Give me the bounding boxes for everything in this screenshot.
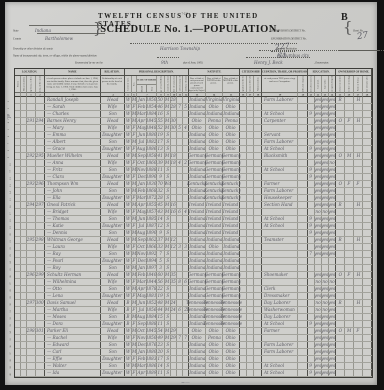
table-row: — AnnaWifeWFOct186039M1842GermanyGermany… <box>15 160 372 167</box>
cell-handwriting: Indiana <box>223 238 239 242</box>
table-row: 297300Davis SamuelHeadBMJun185248M24Tenn… <box>15 300 372 307</box>
cell: 49 <box>157 335 165 341</box>
cell-handwriting: 9 <box>159 231 162 235</box>
cell: Place of birth of FATHER of this person. <box>206 76 223 93</box>
cell <box>240 146 247 152</box>
cell-handwriting: W <box>126 161 130 165</box>
cell-handwriting: Oct <box>138 161 145 165</box>
cell: no <box>315 279 322 285</box>
cell: H <box>354 300 363 306</box>
cell: Whitman George <box>45 237 101 243</box>
cell: Number of years in the United States. <box>247 76 254 93</box>
line-number: 37 <box>9 352 12 354</box>
cell <box>240 293 247 299</box>
cell <box>354 174 363 180</box>
cell <box>298 265 308 271</box>
cell: 14 <box>157 363 165 369</box>
cell: LOCATION. <box>15 69 45 76</box>
cell-handwriting: 28 <box>171 98 176 102</box>
cell-handwriting: Son <box>108 189 116 193</box>
cell-handwriting: Schultz Herman <box>47 273 81 277</box>
cell <box>345 363 354 369</box>
cell <box>36 223 45 229</box>
cell <box>254 174 262 180</box>
cell: W <box>125 146 132 152</box>
cell <box>345 139 354 145</box>
column-number: 26 <box>348 93 350 95</box>
cell: Owned free or mortgaged. <box>345 76 354 93</box>
cell <box>254 272 262 278</box>
cell-handwriting: S <box>166 252 169 256</box>
cell <box>363 118 372 124</box>
cell <box>247 223 254 229</box>
column-group-label: PERSONAL DESCRIPTION. <box>139 71 174 74</box>
cell-handwriting: 24 <box>171 308 176 312</box>
cell-handwriting: no <box>322 210 327 214</box>
cell <box>27 293 36 299</box>
cell: Indiana <box>189 174 206 180</box>
cell-handwriting: M <box>132 119 136 123</box>
cell: 298 <box>27 328 36 334</box>
cell <box>27 265 36 271</box>
line-number: 10 <box>9 163 12 165</box>
cell: 56 <box>157 279 165 285</box>
cell: Oneal Patrick <box>45 202 101 208</box>
cell-handwriting: 294 <box>27 203 35 207</box>
cell-handwriting: yes <box>329 196 336 200</box>
cell: 1890 <box>147 174 157 180</box>
cell-handwriting: Wife <box>108 308 118 312</box>
cell: 15 <box>157 314 165 320</box>
cell: Ohio <box>206 139 223 145</box>
cell: 32 <box>157 188 165 194</box>
cell-handwriting: yes <box>329 350 336 354</box>
cell-handwriting: — Pearl <box>47 259 63 263</box>
cell <box>254 132 262 138</box>
cell-handwriting: 1860 <box>146 161 157 165</box>
cell-handwriting: M <box>132 364 136 368</box>
cell <box>247 195 254 201</box>
cell-handwriting: Indiana <box>189 287 205 291</box>
cell <box>27 209 36 215</box>
cell-handwriting: Indiana <box>206 112 222 116</box>
cell-handwriting: M <box>165 154 169 158</box>
cell <box>363 125 372 131</box>
cell: F <box>345 272 354 278</box>
cell: Naturalization. <box>254 76 262 93</box>
cell-handwriting: 30 <box>171 126 176 130</box>
cell <box>240 272 247 278</box>
cell: 1894 <box>147 258 157 264</box>
cell-handwriting: 12 <box>171 245 176 249</box>
cell: Teamster <box>262 237 298 243</box>
cell-handwriting: 1880 <box>146 350 157 354</box>
cell: — Sarah <box>45 104 101 110</box>
cell <box>354 335 363 341</box>
cell-handwriting: S <box>166 133 169 137</box>
line-number: 16 <box>9 205 12 207</box>
table-row: — ThomasSonWMJun188514SIndianaIrelandIre… <box>15 216 372 223</box>
cell <box>36 160 45 166</box>
cell: Germany <box>223 286 240 292</box>
cell <box>247 132 254 138</box>
cell <box>240 188 247 194</box>
cell-handwriting: H <box>356 203 360 207</box>
cell-handwriting: Ireland <box>223 217 238 221</box>
cell: Indiana <box>223 111 240 117</box>
cell: 299 <box>36 272 45 278</box>
cell-handwriting: F <box>357 182 360 186</box>
cell: — Roy <box>45 265 101 271</box>
cell: — Dennis <box>45 230 101 236</box>
cell-handwriting: Wife <box>108 105 118 109</box>
cell-handwriting: 4 <box>184 210 187 214</box>
cell-handwriting: Indiana <box>189 140 205 144</box>
cell-handwriting: M <box>132 329 136 333</box>
cell-handwriting: 32 <box>158 189 163 193</box>
cell: Germany <box>189 153 206 159</box>
cell <box>345 342 354 348</box>
table-row: 293296Thompson WmHeadWMJan183070WdKentuc… <box>15 181 372 188</box>
cell <box>336 251 345 257</box>
enumerated-label: Enumerated by me on the <box>75 62 103 65</box>
cell-handwriting: — Walter <box>47 364 66 368</box>
cell-handwriting: Farm Laborer <box>264 140 293 144</box>
cell: Indiana <box>189 370 206 376</box>
cell: 1884 <box>147 111 157 117</box>
cell-handwriting: F <box>133 308 136 312</box>
cell-handwriting: Indiana <box>189 189 205 193</box>
cell-handwriting: no <box>329 280 334 284</box>
cell: Penna <box>206 118 223 124</box>
cell-handwriting: 3 <box>184 245 187 249</box>
cell-handwriting: yes <box>329 336 336 340</box>
cell-handwriting: 299 <box>36 273 44 277</box>
cell-handwriting: W <box>126 336 130 340</box>
cell: of each person TEN years of age and over… <box>262 76 298 93</box>
cell-handwriting: 1886 <box>146 364 157 368</box>
cell <box>36 97 45 103</box>
cell-handwriting: Mar <box>137 196 146 200</box>
cell <box>354 279 363 285</box>
cell: 11 <box>157 321 165 327</box>
cell-handwriting: S <box>166 364 169 368</box>
cell: O <box>336 272 345 278</box>
cell-handwriting: Oct <box>138 329 145 333</box>
cell <box>336 356 345 362</box>
cell <box>336 265 345 271</box>
cell: Virginia <box>223 97 240 103</box>
cell <box>254 139 262 145</box>
cell <box>308 279 315 285</box>
cell-handwriting: — Thomas <box>47 217 69 221</box>
cell <box>27 230 36 236</box>
cell <box>308 300 315 306</box>
cell: Indiana <box>223 258 240 264</box>
cell <box>345 321 354 327</box>
cell <box>27 307 36 313</box>
cell-handwriting: 9 <box>310 217 313 221</box>
cell-handwriting: yes <box>329 154 336 158</box>
cell: Tennessee <box>223 321 240 327</box>
cell <box>354 363 363 369</box>
cell-handwriting: Indiana <box>189 217 205 221</box>
cell: yes <box>329 293 336 299</box>
cell-handwriting: W <box>126 287 130 291</box>
cell: 17 <box>157 139 165 145</box>
cell-handwriting: Nov <box>137 252 145 256</box>
cell-handwriting: Indiana <box>189 224 205 228</box>
cell-handwriting: W <box>126 273 130 277</box>
table-row: — EffieDaughterWFFeb188317SIndianaOhioOh… <box>15 356 372 363</box>
cell <box>298 209 308 215</box>
cell: yes <box>329 349 336 355</box>
cell <box>247 342 254 348</box>
cell: O <box>336 153 345 159</box>
cell: PERSONAL DESCRIPTION. <box>125 69 189 76</box>
column-number: 17 <box>249 93 251 95</box>
cell-handwriting: Whitman George <box>47 238 83 242</box>
cell <box>240 258 247 264</box>
table-row: 291294Barnes HenryHeadWMApr184555M30Ohio… <box>15 118 372 125</box>
cell-handwriting: W <box>126 105 130 109</box>
cell: Farmer <box>262 328 298 334</box>
cell: Indiana <box>206 265 223 271</box>
cell-handwriting: Davis Samuel <box>47 301 76 305</box>
cell <box>36 265 45 271</box>
cell-handwriting: R <box>338 238 341 242</box>
cell <box>247 251 254 257</box>
cell-handwriting: 48 <box>158 301 163 305</box>
cell <box>27 342 36 348</box>
cell-handwriting: Ohio <box>226 336 236 340</box>
cell-handwriting: Ohio <box>209 350 219 354</box>
cell: Ohio <box>206 104 223 110</box>
cell <box>254 258 262 264</box>
line-number: 14 <box>9 191 12 193</box>
cell: 1876 <box>147 342 157 348</box>
cell-handwriting: May <box>137 126 146 130</box>
cell: Son <box>101 265 125 271</box>
cell-handwriting: Jun <box>138 301 145 305</box>
cell: Shoemaker <box>262 272 298 278</box>
cell: 1882 <box>147 139 157 145</box>
cell <box>345 356 354 362</box>
column-number: 28 <box>366 93 368 95</box>
column-number: 7 <box>146 93 147 95</box>
cell: Head <box>101 328 125 334</box>
cell-handwriting: 44 <box>158 308 163 312</box>
line-number: 7 <box>7 143 10 144</box>
column-group-label: OWNERSHIP OF HOME. <box>338 71 369 74</box>
cell: W <box>125 139 132 145</box>
cell-handwriting: yes <box>329 343 336 347</box>
cell <box>240 300 247 306</box>
cell: Ohio <box>206 125 223 131</box>
cell-handwriting: Germany <box>221 161 240 165</box>
cell <box>254 188 262 194</box>
cell: Germany <box>223 272 240 278</box>
column-number: 13 <box>196 93 198 95</box>
cell: Wife <box>101 307 125 313</box>
cell-handwriting: 6 <box>184 280 187 284</box>
cell-handwriting: yes <box>329 210 336 214</box>
cell-handwriting: 29 <box>171 336 176 340</box>
cell: 1845 <box>147 328 157 334</box>
cell <box>308 307 315 313</box>
cell: Indiana <box>189 111 206 117</box>
cell: yes <box>329 356 336 362</box>
line-number: 5 <box>7 129 10 130</box>
cell-handwriting: R <box>338 301 341 305</box>
cell-handwriting: S <box>166 315 169 319</box>
cell-handwriting: yes <box>329 245 336 249</box>
cell-handwriting: Section Hand <box>264 203 293 207</box>
table-row: — LenaDaughterWFMay188119SIndianaGermany… <box>15 293 372 300</box>
cell <box>363 286 372 292</box>
cell-handwriting: F <box>348 182 351 186</box>
margin-scribble: aL <box>6 114 12 121</box>
cell-handwriting: W <box>126 112 130 116</box>
cell: 41 <box>157 153 165 159</box>
cell-handwriting: yes <box>329 182 336 186</box>
cell: 1850 <box>147 335 157 341</box>
cell: Dressmaker <box>262 293 298 299</box>
cell: W <box>125 209 132 215</box>
cell: M <box>345 153 354 159</box>
cell-handwriting: M <box>132 154 136 158</box>
cell: 297 <box>27 300 36 306</box>
cell-handwriting: Dec <box>137 259 145 263</box>
cell: 45 <box>157 202 165 208</box>
cell: Daughter <box>101 174 125 180</box>
column-number: 5 <box>127 93 128 95</box>
table-row: — WalterSonWMMar188614SIndianaOhioOhioAt… <box>15 363 372 370</box>
cell <box>240 265 247 271</box>
cell: Attended school (in months). <box>308 76 315 93</box>
cell <box>36 104 45 110</box>
cell-handwriting: no <box>322 301 327 305</box>
cell <box>363 342 372 348</box>
cell: OWNERSHIP OF HOME. <box>336 69 372 76</box>
cell: Son <box>101 230 125 236</box>
cell: R <box>336 202 345 208</box>
sub-column-label: Owned free or mortgaged. <box>348 76 350 93</box>
cell-handwriting: F <box>133 105 136 109</box>
cell <box>336 167 345 173</box>
cell: Number of family, in the order of visita… <box>36 76 45 93</box>
cell-handwriting: M <box>165 119 169 123</box>
cell: — Effie <box>45 356 101 362</box>
cell: 43 <box>157 209 165 215</box>
cell-handwriting: Ireland <box>223 231 238 235</box>
cell-handwriting: S <box>166 371 169 375</box>
nativity-column-note: Place of birth of MOTHER of this person. <box>223 77 238 84</box>
cell <box>354 139 363 145</box>
cell-handwriting: Indiana <box>189 105 205 109</box>
cell-handwriting: Indiana <box>189 238 205 242</box>
cell-handwriting: 296 <box>36 182 44 186</box>
cell: — Moses <box>45 314 101 320</box>
cell: Age at last birthday. <box>157 76 165 93</box>
cell <box>247 321 254 327</box>
cell-handwriting: Blacksmith <box>264 154 287 158</box>
cell-handwriting: 1855 <box>146 203 157 207</box>
cell <box>254 209 262 215</box>
cell <box>336 321 345 327</box>
cell-handwriting: 1858 <box>146 154 157 158</box>
cell: Indiana <box>189 97 206 103</box>
cell-handwriting: Virginia <box>223 98 240 102</box>
cell-handwriting: no <box>315 210 320 214</box>
cell-handwriting: yes <box>329 315 336 319</box>
cell-handwriting: Indiana <box>206 266 222 270</box>
cell <box>254 363 262 369</box>
column-number: 4 <box>112 93 113 95</box>
cell <box>298 111 308 117</box>
cell: Germany <box>189 279 206 285</box>
cell <box>254 251 262 257</box>
cell: Blacksmith <box>262 153 298 159</box>
cell <box>363 293 372 299</box>
cell-handwriting: Ohio <box>192 329 202 333</box>
cell <box>247 216 254 222</box>
cell-handwriting: Wife <box>108 336 118 340</box>
cell: 17 <box>157 356 165 362</box>
cell-handwriting: 11 <box>158 371 163 375</box>
cell-handwriting: Son <box>108 217 116 221</box>
cell: Ohio <box>223 139 240 145</box>
cell-handwriting: Germany <box>204 161 223 165</box>
cell-handwriting: 1856 <box>146 308 157 312</box>
cell-handwriting: Indiana <box>189 245 205 249</box>
cell-handwriting: M <box>132 287 136 291</box>
cell: 39 <box>157 160 165 166</box>
cell: 46 <box>157 104 165 110</box>
cell: O <box>336 118 345 124</box>
cell <box>345 251 354 257</box>
cell: Wife <box>101 244 125 250</box>
cell <box>363 195 372 201</box>
sub-column-label: Mother of how many children. <box>178 76 180 93</box>
cell-handwriting: Indiana <box>223 252 239 256</box>
cell <box>363 363 372 369</box>
cell: Indiana <box>223 244 240 250</box>
enumerated-day: 9th <box>161 61 168 65</box>
sub-column-label: Age at last birthday. <box>159 76 161 93</box>
cell-handwriting: 50 <box>158 98 163 102</box>
cell <box>254 230 262 236</box>
cell-handwriting: W <box>126 371 130 375</box>
cell-handwriting: Jun <box>138 133 145 137</box>
cell-handwriting: 1886 <box>146 147 157 151</box>
cell-handwriting: S <box>166 357 169 361</box>
cell <box>27 160 36 166</box>
cell <box>345 279 354 285</box>
cell: Ireland <box>223 230 240 236</box>
cell: F <box>345 181 354 187</box>
cell <box>354 132 363 138</box>
cell-handwriting: Indiana <box>206 252 222 256</box>
column-group-label: NAME <box>68 71 76 74</box>
line-number: 28 <box>9 289 12 291</box>
line-number: 25 <box>9 268 12 270</box>
line-number: 21 <box>9 240 12 242</box>
cell-handwriting: — Moses <box>47 315 66 319</box>
cell-handwriting: W <box>126 196 130 200</box>
cell-handwriting: B <box>126 301 129 305</box>
cell-handwriting: Thompson Wm <box>47 182 78 186</box>
